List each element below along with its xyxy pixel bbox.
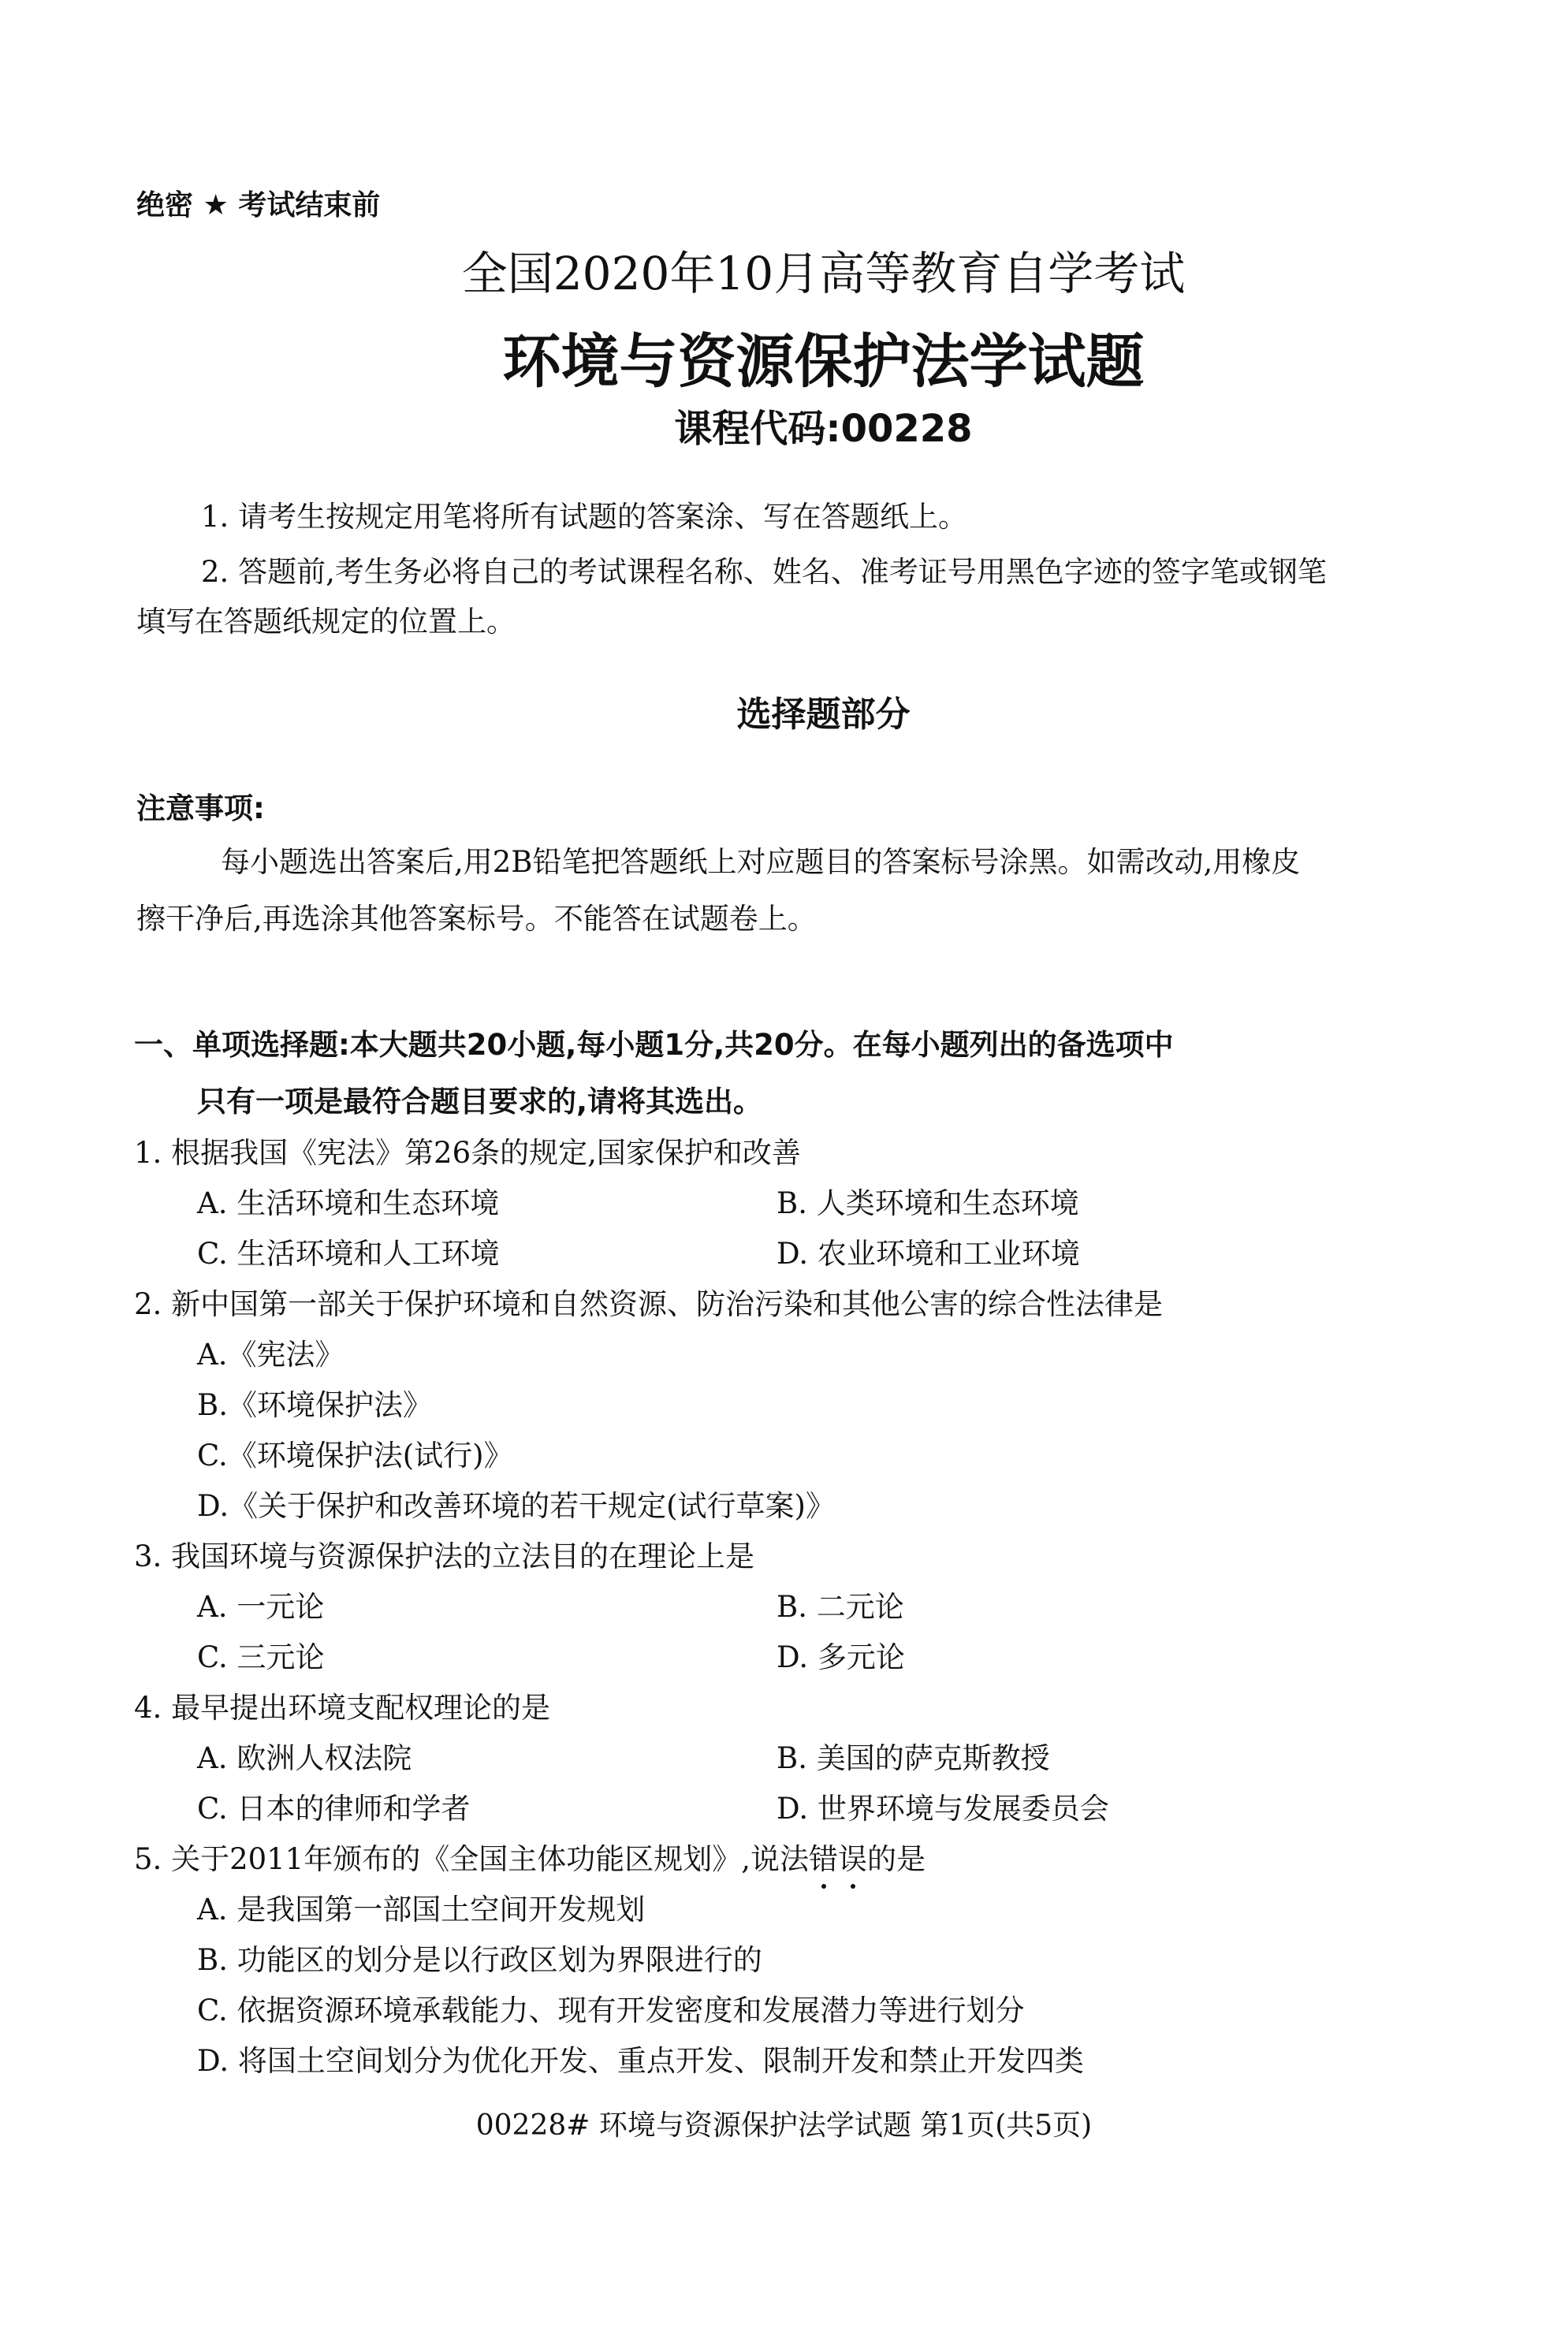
emphasis-mark-wu: 误 <box>838 1835 867 1878</box>
question-4-option-d: D. 世界环境与发展委员会 <box>777 1785 1109 1827</box>
course-code: 课程代码:00228 <box>0 398 1568 452</box>
instruction-2-continued: 填写在答题纸规定的位置上。 <box>136 598 516 640</box>
question-5-stem-text: 5. 关于2011年颁布的《全国主体功能区规划》,说法 <box>134 1842 809 1876</box>
instruction-2: 2. 答题前,考生务必将自己的考试课程名称、姓名、准考证号用黑色字迹的签字笔或钢… <box>201 548 1327 590</box>
question-5-option-d: D. 将国土空间划分为优化开发、重点开发、限制开发和禁止开发四类 <box>197 2037 1084 2079</box>
question-5-stem: 5. 关于2011年颁布的《全国主体功能区规划》,说法错误的是 <box>134 1835 926 1878</box>
question-4-option-c: C. 日本的律师和学者 <box>197 1785 471 1827</box>
notice-line-1: 每小题选出答案后,用2B铅笔把答题纸上对应题目的答案标号涂黑。如需改动,用橡皮 <box>221 838 1300 880</box>
page-footer: 00228# 环境与资源保护法学试题 第1页(共5页) <box>0 2103 1568 2143</box>
notice-label: 注意事项: <box>136 784 265 827</box>
question-3-option-b: B. 二元论 <box>777 1583 904 1625</box>
question-2-option-d: D.《关于保护和改善环境的若干规定(试行草案)》 <box>197 1482 835 1525</box>
question-1-stem: 1. 根据我国《宪法》第26条的规定,国家保护和改善 <box>134 1129 801 1171</box>
question-5-option-c: C. 依据资源环境承载能力、现有开发密度和发展潜力等进行划分 <box>197 1986 1025 2029</box>
question-2-option-c: C.《环境保护法(试行)》 <box>197 1431 513 1474</box>
question-1-option-c: C. 生活环境和人工环境 <box>197 1230 500 1272</box>
notice-line-2: 擦干净后,再选涂其他答案标号。不能答在试题卷上。 <box>136 895 817 937</box>
exam-title: 全国2020年10月高等教育自学考试 <box>0 236 1568 303</box>
question-5-stem-end: 的是 <box>867 1842 926 1876</box>
question-3-stem: 3. 我国环境与资源保护法的立法目的在理论上是 <box>134 1532 754 1575</box>
subject-title: 环境与资源保护法学试题 <box>0 315 1568 399</box>
question-2-stem: 2. 新中国第一部关于保护环境和自然资源、防治污染和其他公害的综合性法律是 <box>134 1280 1163 1323</box>
confidential-label: 绝密 ★ 考试结束前 <box>136 183 380 223</box>
question-1-option-a: A. 生活环境和生态环境 <box>197 1179 499 1222</box>
question-4-option-b: B. 美国的萨克斯教授 <box>777 1734 1050 1777</box>
question-3-option-a: A. 一元论 <box>197 1583 324 1625</box>
question-3-option-d: D. 多元论 <box>777 1633 905 1676</box>
question-3-option-c: C. 三元论 <box>197 1633 325 1676</box>
section-heading-line-1: 一、单项选择题:本大题共20小题,每小题1分,共20分。在每小题列出的备选项中 <box>134 1021 1174 1063</box>
question-1-option-d: D. 农业环境和工业环境 <box>777 1230 1080 1272</box>
part-heading: 选择题部分 <box>0 686 1568 736</box>
question-2-option-a: A.《宪法》 <box>197 1331 344 1373</box>
question-5-option-a: A. 是我国第一部国土空间开发规划 <box>197 1886 645 1928</box>
emphasis-mark-cuo: 错 <box>809 1835 838 1878</box>
question-4-stem: 4. 最早提出环境支配权理论的是 <box>134 1684 550 1726</box>
question-4-option-a: A. 欧洲人权法院 <box>197 1734 412 1777</box>
question-1-option-b: B. 人类环境和生态环境 <box>777 1179 1079 1222</box>
question-2-option-b: B.《环境保护法》 <box>197 1381 432 1424</box>
section-heading-line-2: 只有一项是最符合题目要求的,请将其选出。 <box>197 1078 762 1120</box>
question-5-option-b: B. 功能区的划分是以行政区划为界限进行的 <box>197 1936 762 1979</box>
instruction-1: 1. 请考生按规定用笔将所有试题的答案涂、写在答题纸上。 <box>201 493 967 535</box>
